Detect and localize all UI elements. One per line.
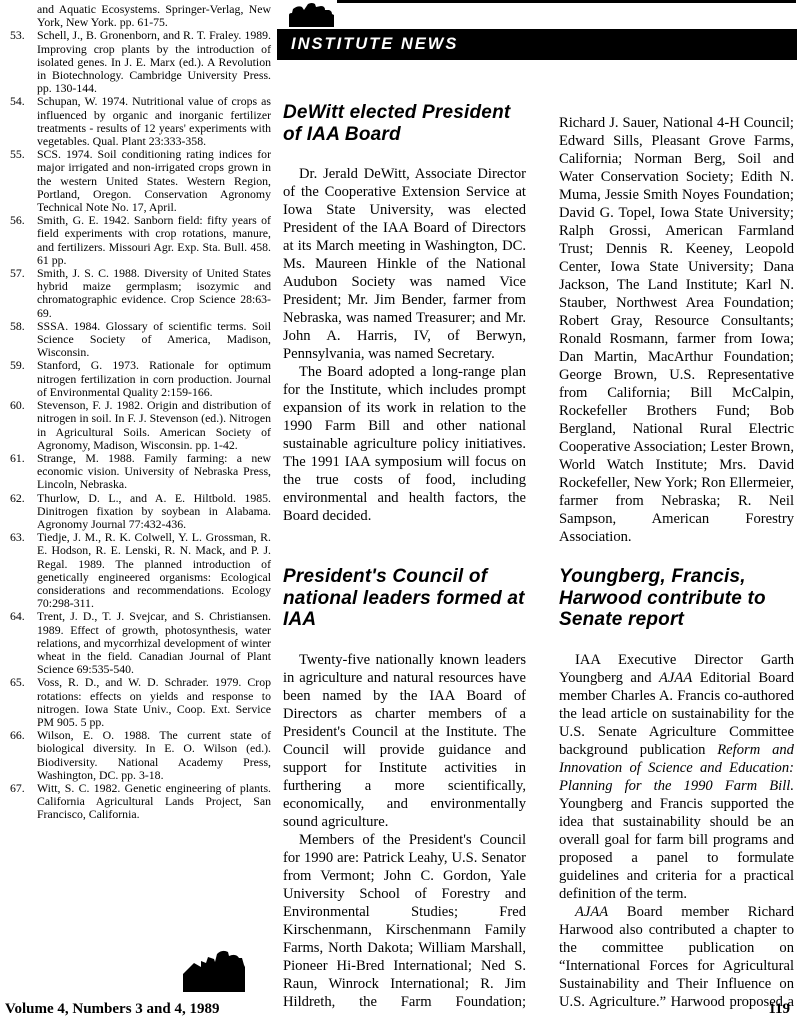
reference-number: 61. xyxy=(10,452,25,465)
reference-number: 62. xyxy=(10,492,25,505)
article-paragraph: Twenty-five nationally known leaders in … xyxy=(283,651,526,831)
article-presidents-council: President's Council of national leaders … xyxy=(283,566,526,1011)
reference-text: SCS. 1974. Soil conditioning rating indi… xyxy=(37,147,271,214)
reference-item: 59. Stanford, G. 1973. Rationale for opt… xyxy=(10,359,271,399)
reference-number: 53. xyxy=(10,29,25,42)
reference-number: 63. xyxy=(10,531,25,544)
reference-item: 60. Stevenson, F. J. 1982. Origin and di… xyxy=(10,399,271,452)
reference-text: Stevenson, F. J. 1982. Origin and distri… xyxy=(37,398,271,452)
reference-text: Voss, R. D., and W. D. Schrader. 1979. C… xyxy=(37,675,271,729)
article-paragraph: IAA Executive Director Garth Youngberg a… xyxy=(559,651,794,903)
reference-item: 62. Thurlow, D. L., and A. E. Hiltbold. … xyxy=(10,492,271,532)
article-youngberg: Youngberg, Francis, Harwood contribute t… xyxy=(559,566,794,1011)
article-paragraph: AJAA Board member Richard Harwood also c… xyxy=(559,903,794,1011)
article-paragraph: Dr. Jerald DeWitt, Associate Director of… xyxy=(283,165,526,363)
reference-text: Trent, J. D., T. J. Svejcar, and S. Chri… xyxy=(37,609,271,676)
reference-number: 66. xyxy=(10,729,25,742)
reference-item: 54. Schupan, W. 1974. Nutritional value … xyxy=(10,95,271,148)
reference-number: 64. xyxy=(10,610,25,623)
council-members-continued: Richard J. Sauer, National 4-H Council; … xyxy=(559,114,794,546)
reference-item: 67. Witt, S. C. 1982. Genetic engineerin… xyxy=(10,782,271,822)
paragraph-segment: Youngberg and Francis supported the idea… xyxy=(559,796,794,902)
reference-text: Smith, J. S. C. 1988. Diversity of Unite… xyxy=(37,266,271,320)
reference-text: Schell, J., B. Gronenborn, and R. T. Fra… xyxy=(37,28,271,95)
reference-text: Thurlow, D. L., and A. E. Hiltbold. 1985… xyxy=(37,491,271,531)
reference-text: Tiedje, J. M., R. K. Colwell, Y. L. Gros… xyxy=(37,530,271,610)
ink-blob-top-icon xyxy=(288,2,336,27)
article-title: President's Council of national leaders … xyxy=(283,566,526,631)
reference-number: 58. xyxy=(10,320,25,333)
reference-item: 66. Wilson, E. O. 1988. The current stat… xyxy=(10,729,271,782)
reference-item: 53. Schell, J., B. Gronenborn, and R. T.… xyxy=(10,29,271,95)
reference-number: 65. xyxy=(10,676,25,689)
article-title: Youngberg, Francis, Harwood contribute t… xyxy=(559,566,794,631)
reference-text: Smith, G. E. 1942. Sanborn field: fifty … xyxy=(37,213,271,267)
reference-item: 64. Trent, J. D., T. J. Svejcar, and S. … xyxy=(10,610,271,676)
banner-title: INSTITUTE NEWS xyxy=(277,35,458,54)
journal-page: and Aquatic Ecosystems. Springer-Verlag,… xyxy=(0,0,800,1032)
article-dewitt: DeWitt elected President of IAA Board Dr… xyxy=(283,102,526,525)
reference-number: 57. xyxy=(10,267,25,280)
reference-number: 59. xyxy=(10,359,25,372)
article-paragraph: Richard J. Sauer, National 4-H Council; … xyxy=(559,114,794,546)
reference-item: 56. Smith, G. E. 1942. Sanborn field: fi… xyxy=(10,214,271,267)
reference-item: 55. SCS. 1974. Soil conditioning rating … xyxy=(10,148,271,214)
footer-page-number: 119 xyxy=(768,1001,790,1018)
reference-number: 67. xyxy=(10,782,25,795)
article-paragraph: Members of the President's Council for 1… xyxy=(283,831,526,1011)
institute-news-banner: INSTITUTE NEWS xyxy=(277,29,797,60)
article-title: DeWitt elected President of IAA Board xyxy=(283,102,526,145)
reference-list: and Aquatic Ecosystems. Springer-Verlag,… xyxy=(10,3,271,822)
footer-volume: Volume 4, Numbers 3 and 4, 1989 xyxy=(5,1001,219,1018)
reference-number: 55. xyxy=(10,148,25,161)
reference-text: Wilson, E. O. 1988. The current state of… xyxy=(37,728,271,782)
reference-item: 57. Smith, J. S. C. 1988. Diversity of U… xyxy=(10,267,271,320)
reference-item: 63. Tiedje, J. M., R. K. Colwell, Y. L. … xyxy=(10,531,271,610)
reference-number: 56. xyxy=(10,214,25,227)
article-paragraph: The Board adopted a long-range plan for … xyxy=(283,363,526,525)
reference-number: 54. xyxy=(10,95,25,108)
reference-number: 60. xyxy=(10,399,25,412)
reference-item: 65. Voss, R. D., and W. D. Schrader. 197… xyxy=(10,676,271,729)
reference-item: 61. Strange, M. 1988. Family farming: a … xyxy=(10,452,271,492)
ink-blob-bottom-icon xyxy=(181,948,247,993)
paragraph-segment-italic: AJAA xyxy=(575,904,608,920)
reference-item: 58. SSSA. 1984. Glossary of scientific t… xyxy=(10,320,271,360)
reference-text: Witt, S. C. 1982. Genetic engineering of… xyxy=(37,781,271,821)
reference-text: Schupan, W. 1974. Nutritional value of c… xyxy=(37,94,271,148)
reference-text: Strange, M. 1988. Family farming: a new … xyxy=(37,451,271,491)
reference-text: Stanford, G. 1973. Rationale for optimum… xyxy=(37,358,271,398)
paragraph-segment-italic: AJAA xyxy=(659,670,692,686)
reference-text: SSSA. 1984. Glossary of scientific terms… xyxy=(37,319,271,359)
top-edge-rule xyxy=(337,0,796,3)
reference-continuation: and Aquatic Ecosystems. Springer-Verlag,… xyxy=(10,3,271,29)
